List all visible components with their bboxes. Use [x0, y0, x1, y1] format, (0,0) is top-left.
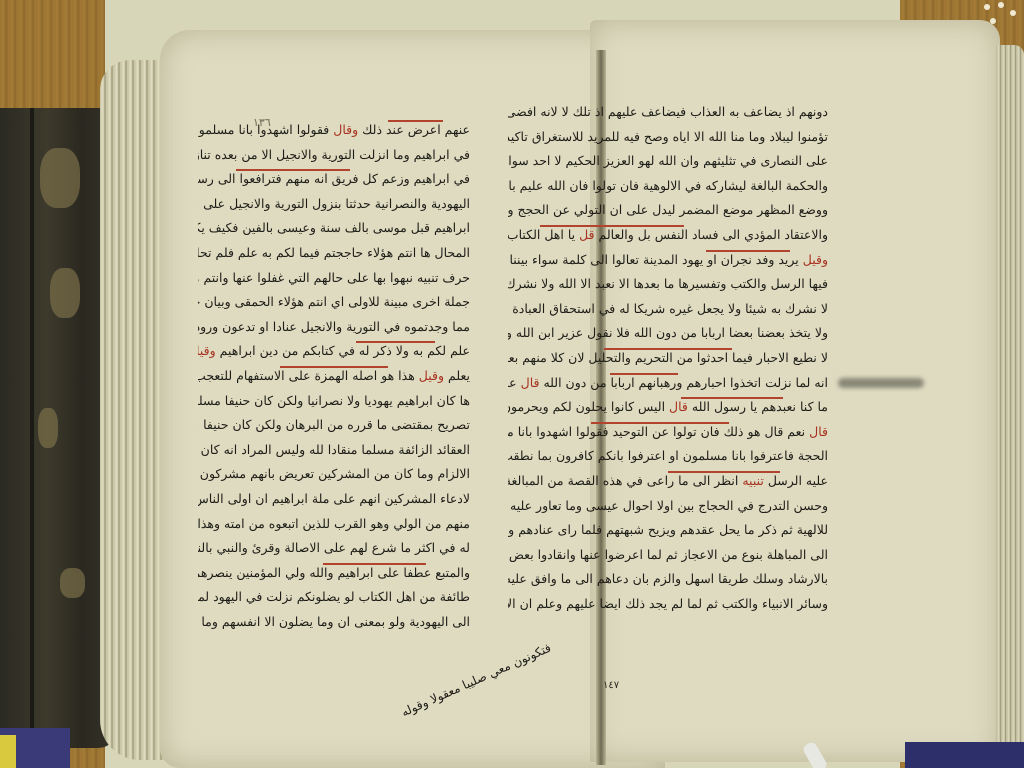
manuscript-line: تصريح بمقتضى ما قرره من البرهان ولكن كان…: [198, 413, 470, 438]
rubric-word: قال: [669, 399, 688, 414]
manuscript-line: في ابراهيم وزعم كل فريق انه منهم فترافعو…: [198, 167, 470, 192]
rubric-word: تنبيه: [742, 473, 764, 488]
rubric-word: وقيل: [803, 252, 828, 267]
manuscript-line: والاعتقاد المؤدي الى فساد النفس بل والعا…: [508, 223, 828, 248]
manuscript-line: للالهية ثم ذكر ما يحل عقدهم ويزيح شبهتهم…: [508, 518, 828, 543]
manuscript-line: ابراهيم قبل موسى بالف سنة وعيسى بالفين ف…: [198, 216, 470, 241]
manuscript-line: قال نعم قال هو ذلك فان تولوا عن التوحيد …: [508, 420, 828, 445]
manuscript-line: له في اكثر ما شرع لهم على الاصالة وقرئ و…: [198, 536, 470, 561]
manuscript-line: انه لما نزلت اتخذوا احبارهم ورهبانهم ارب…: [508, 371, 828, 396]
rubric-word: وقيل: [419, 368, 444, 383]
right-page-text: دونهم اذ يضاعف به العذاب فيضاعف عليهم اذ…: [508, 100, 828, 616]
manuscript-line: فيها الرسل والكتب وتفسيرها ما بعدها الا …: [508, 272, 828, 297]
rubric-word: قال: [521, 375, 540, 390]
rubric-word: وقال: [333, 122, 358, 137]
manuscript-line: في ابراهيم وما انزلت التورية والانجيل ال…: [198, 143, 470, 168]
manuscript-line: على النصارى في تثليثهم وان الله لهو العز…: [508, 149, 828, 174]
manuscript-line: حرف تنبيه نبهوا بها على حالهم التي غفلوا…: [198, 266, 470, 291]
manuscript-line: عليه الرسل تنبيه انظر الى ما راعى في هذه…: [508, 469, 828, 494]
manuscript-line: المحال ها انتم هؤلاء حاججتم فيما لكم به …: [198, 241, 470, 266]
manuscript-line: بالارشاد وسلك طريقا اسهل والزم بان دعاهم…: [508, 567, 828, 592]
manuscript-line: اليهودية والنصرانية حدثتا بنزول التورية …: [198, 192, 470, 217]
ink-smudge: [838, 378, 924, 388]
manuscript-line: والحكمة البالغة ليشاركه في الالوهية فان …: [508, 174, 828, 199]
rubric-word: وقيل: [198, 343, 216, 358]
manuscript-line: ووضع المظهر موضع المضمر ليدل على ان التو…: [508, 198, 828, 223]
manuscript-line: وقيل يريد وفد نجران او يهود المدينة تعال…: [508, 248, 828, 273]
manuscript-line: منهم من الولي وهو القرب للذين اتبعوه من …: [198, 512, 470, 537]
shelf-book-right: [905, 742, 1024, 768]
manuscript-line: عنهم اعرض عند ذلك وقال فقولوا اشهدوا بان…: [198, 118, 470, 143]
manuscript-line: ما كنا نعبدهم يا رسول الله قال اليس كانو…: [508, 395, 828, 420]
manuscript-line: جملة اخرى مبينة للاولى اي انتم هؤلاء الح…: [198, 290, 470, 315]
manuscript-line: الى اليهودية ولو بمعنى ان وما يضلون الا …: [198, 610, 470, 635]
left-page-text: عنهم اعرض عند ذلك وقال فقولوا اشهدوا بان…: [198, 118, 470, 659]
manuscript-line: علم لكم به ولا ذكر له في كتابكم من دين ا…: [198, 339, 470, 364]
manuscript-line: وحسن التدرج في الحجاج بين اولا احوال عيس…: [508, 494, 828, 519]
manuscript-line: العقائد الزائفة مسلما منقادا لله وليس ال…: [198, 438, 470, 463]
manuscript-line: لادعاء المشركين انهم على ملة ابراهيم ان …: [198, 487, 470, 512]
rubric-word: قال: [809, 424, 828, 439]
manuscript-line: الالزام وما كان من المشركين تعريض بانهم …: [198, 462, 470, 487]
manuscript-line: يعلم وقيل هذا هو اصله الهمزة على الاستفه…: [198, 364, 470, 389]
manuscript-line: [198, 634, 470, 659]
folio-number-right: ١٤٧: [603, 680, 619, 691]
rubric-word: قل: [579, 227, 594, 242]
manuscript-line: الحجة فاعترفوا بانا مسلمون او اعترفوا با…: [508, 444, 828, 469]
manuscript-line: الى المباهلة بنوع من الاعجاز ثم لما اعرض…: [508, 543, 828, 568]
manuscript-line: لا نشرك به شيئا ولا يجعل غيره شريكا له ف…: [508, 297, 828, 322]
manuscript-line: ولا يتخذ بعضنا بعضا اربابا من دون الله ف…: [508, 321, 828, 346]
manuscript-line: وسائر الانبياء والكتب ثم لما لم يجد ذلك …: [508, 592, 828, 617]
manuscript-line: ها كان ابراهيم يهوديا ولا نصرانيا ولكن ك…: [198, 389, 470, 414]
manuscript-line: تؤمنوا ليبلاد وما منا الله الا اياه وصح …: [508, 125, 828, 150]
manuscript-line: دونهم اذ يضاعف به العذاب فيضاعف عليهم اذ…: [508, 100, 828, 125]
manuscript-line: والمتبع عطفا على ابراهيم والله ولي المؤم…: [198, 561, 470, 586]
manuscript-line: مما وجدتموه في التورية والانجيل عنادا او…: [198, 315, 470, 340]
page-edges-right: [996, 45, 1024, 755]
manuscript-line: لا نطيع الاحبار فيما احدثوا من التحريم و…: [508, 346, 828, 371]
shelf-book-label: [0, 735, 16, 768]
manuscript-line: طائفة من اهل الكتاب لو يضلونكم نزلت في ا…: [198, 585, 470, 610]
